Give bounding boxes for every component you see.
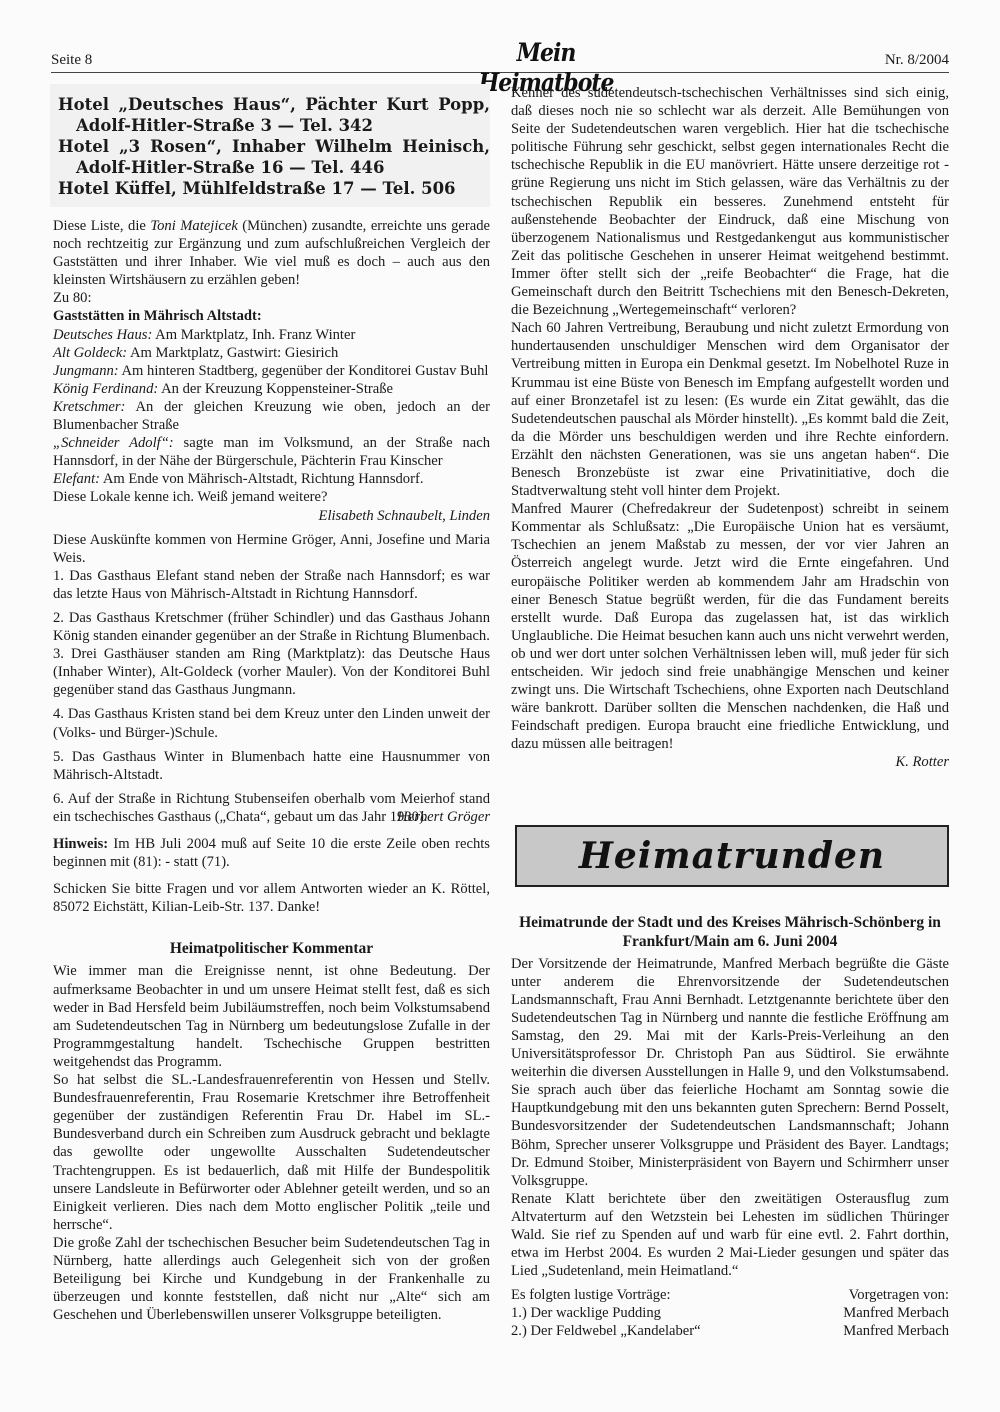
vortraege-header-row: Es folgten lustige Vorträge: Vorgetragen…	[511, 1286, 949, 1304]
vortrag-by: Manfred Merbach	[843, 1322, 949, 1340]
gaststaette-item: Jungmann: Am hinteren Stadtberg, gegenüb…	[53, 362, 490, 380]
gaststaette-text: An der Kreuzung Koppensteiner-Straße	[158, 381, 393, 397]
gaststaette-name: Kretschmer:	[53, 399, 125, 415]
gaststaette-name: König Ferdinand:	[53, 381, 158, 397]
gaststaette-name: Jungmann:	[53, 363, 119, 379]
zu-80: Zu 80:	[53, 289, 490, 307]
vortrag-row: 2.) Der Feldwebel „Kandelaber“ Manfred M…	[511, 1322, 949, 1340]
gaststaette-item: König Ferdinand: An der Kreuzung Koppens…	[53, 380, 490, 398]
heimatrunde-paragraph: Der Vorsitzende der Heimatrunde, Manfred…	[511, 955, 949, 1190]
gaststaette-text: Am Ende von Mährisch-Altstadt, Richtung …	[100, 471, 423, 487]
vortrag-title: 2.) Der Feldwebel „Kandelaber“	[511, 1322, 701, 1340]
schicken-paragraph: Schicken Sie bitte Fragen und vor allem …	[53, 880, 490, 916]
gaststaetten-title: Gaststätten in Mährisch Altstadt:	[53, 307, 490, 325]
intro-author: Toni Matejicek	[150, 218, 237, 234]
signature: Elisabeth Schnaubelt, Linden	[53, 507, 490, 525]
hotel-line: Adolf-Hitler-Straße 16 — Tel. 446	[58, 157, 490, 178]
vortraege-right-header: Vorgetragen von:	[849, 1286, 949, 1304]
heimatrunde-heading: Heimatrunde der Stadt und des Kreises Mä…	[511, 913, 949, 951]
hotel-line: Hotel „3 Rosen“, Inhaber Wilhelm Heinisc…	[58, 136, 490, 157]
point-item: 2. Das Gasthaus Kretschmer (früher Schin…	[53, 609, 490, 645]
gaststaette-item: „Schneider Adolf“: sagte man im Volksmun…	[53, 434, 490, 470]
kommentar-paragraph: So hat selbst die SL.-Landesfrauenrefere…	[53, 1071, 490, 1234]
kommentar-cont-paragraph: Nach 60 Jahren Vertreibung, Beraubung un…	[511, 319, 949, 500]
question-text: Diese Lokale kenne ich. Weiß jemand weit…	[53, 488, 490, 506]
hotel-list-box: Hotel „Deutsches Haus“, Pächter Kurt Pop…	[50, 84, 490, 207]
gaststaette-text: Am Marktplatz, Inh. Franz Winter	[152, 327, 355, 343]
vortraege-left-header: Es folgten lustige Vorträge:	[511, 1286, 671, 1304]
right-column: Kenner des sudetendeutsch-tschechischen …	[511, 84, 949, 1341]
gaststaette-item: Elefant: Am Ende von Mährisch-Altstadt, …	[53, 470, 490, 488]
gaststaette-text: Am hinteren Stadtberg, gegenüber der Kon…	[119, 363, 489, 379]
hotel-line: Hotel Küffel, Mühlfeldstraße 17 — Tel. 5…	[58, 178, 490, 199]
point-item: 1. Das Gasthaus Elefant stand neben der …	[53, 567, 490, 603]
gaststaette-name: „Schneider Adolf“:	[53, 435, 174, 451]
page-number: Seite 8	[51, 52, 92, 69]
kommentar-heading: Heimatpolitischer Kommentar	[53, 940, 490, 958]
page-header: Seite 8 Mein Heimatbote Nr. 8/2004	[51, 44, 949, 73]
kommentar-cont-paragraph: Manfred Maurer (Chefredakreur der Sudete…	[511, 500, 949, 753]
issue-number: Nr. 8/2004	[885, 52, 949, 69]
heimatrunden-banner: Heimatrunden	[515, 825, 949, 887]
hotel-line: Adolf-Hitler-Straße 3 — Tel. 342	[58, 115, 490, 136]
point-item: 5. Das Gasthaus Winter in Blumenbach hat…	[53, 748, 490, 784]
auskuenfte-paragraph: Diese Auskünfte kommen von Hermine Gröge…	[53, 531, 490, 567]
hinweis-paragraph: Hinweis: Im HB Juli 2004 muß auf Seite 1…	[53, 835, 490, 871]
gaststaette-item: Kretschmer: An der gleichen Kreuzung wie…	[53, 398, 490, 434]
vortrag-title: 1.) Der wacklige Pudding	[511, 1304, 661, 1322]
hotel-line: Hotel „Deutsches Haus“, Pächter Kurt Pop…	[58, 94, 490, 115]
gaststaette-text: Am Marktplatz, Gastwirt: Giesirich	[127, 345, 338, 361]
point-item: 4. Das Gasthaus Kristen stand bei dem Kr…	[53, 705, 490, 741]
kommentar-cont-paragraph: Kenner des sudetendeutsch-tschechischen …	[511, 84, 949, 319]
kommentar-paragraph: Wie immer man die Ereignisse nennt, ist …	[53, 962, 490, 1071]
left-column: Hotel „Deutsches Haus“, Pächter Kurt Pop…	[53, 84, 490, 1324]
gaststaette-item: Alt Goldeck: Am Marktplatz, Gastwirt: Gi…	[53, 344, 490, 362]
signature: K. Rotter	[511, 753, 949, 771]
intro-paragraph: Diese Liste, die Toni Matejicek (München…	[53, 217, 490, 289]
intro-text: Diese Liste, die	[53, 218, 150, 234]
vortrag-row: 1.) Der wacklige Pudding Manfred Merbach	[511, 1304, 949, 1322]
gaststaette-name: Elefant:	[53, 471, 100, 487]
vortrag-by: Manfred Merbach	[843, 1304, 949, 1322]
kommentar-paragraph: Die große Zahl der tschechischen Besuche…	[53, 1234, 490, 1324]
point-item: 3. Drei Gasthäuser standen am Ring (Mark…	[53, 645, 490, 699]
gaststaette-name: Deutsches Haus:	[53, 327, 152, 343]
heimatrunde-paragraph: Renate Klatt berichtete über den zweität…	[511, 1190, 949, 1280]
gaststaette-name: Alt Goldeck:	[53, 345, 127, 361]
hinweis-text: Im HB Juli 2004 muß auf Seite 10 die ers…	[53, 836, 490, 870]
hinweis-label: Hinweis:	[53, 836, 108, 852]
gaststaette-item: Deutsches Haus: Am Marktplatz, Inh. Fran…	[53, 326, 490, 344]
